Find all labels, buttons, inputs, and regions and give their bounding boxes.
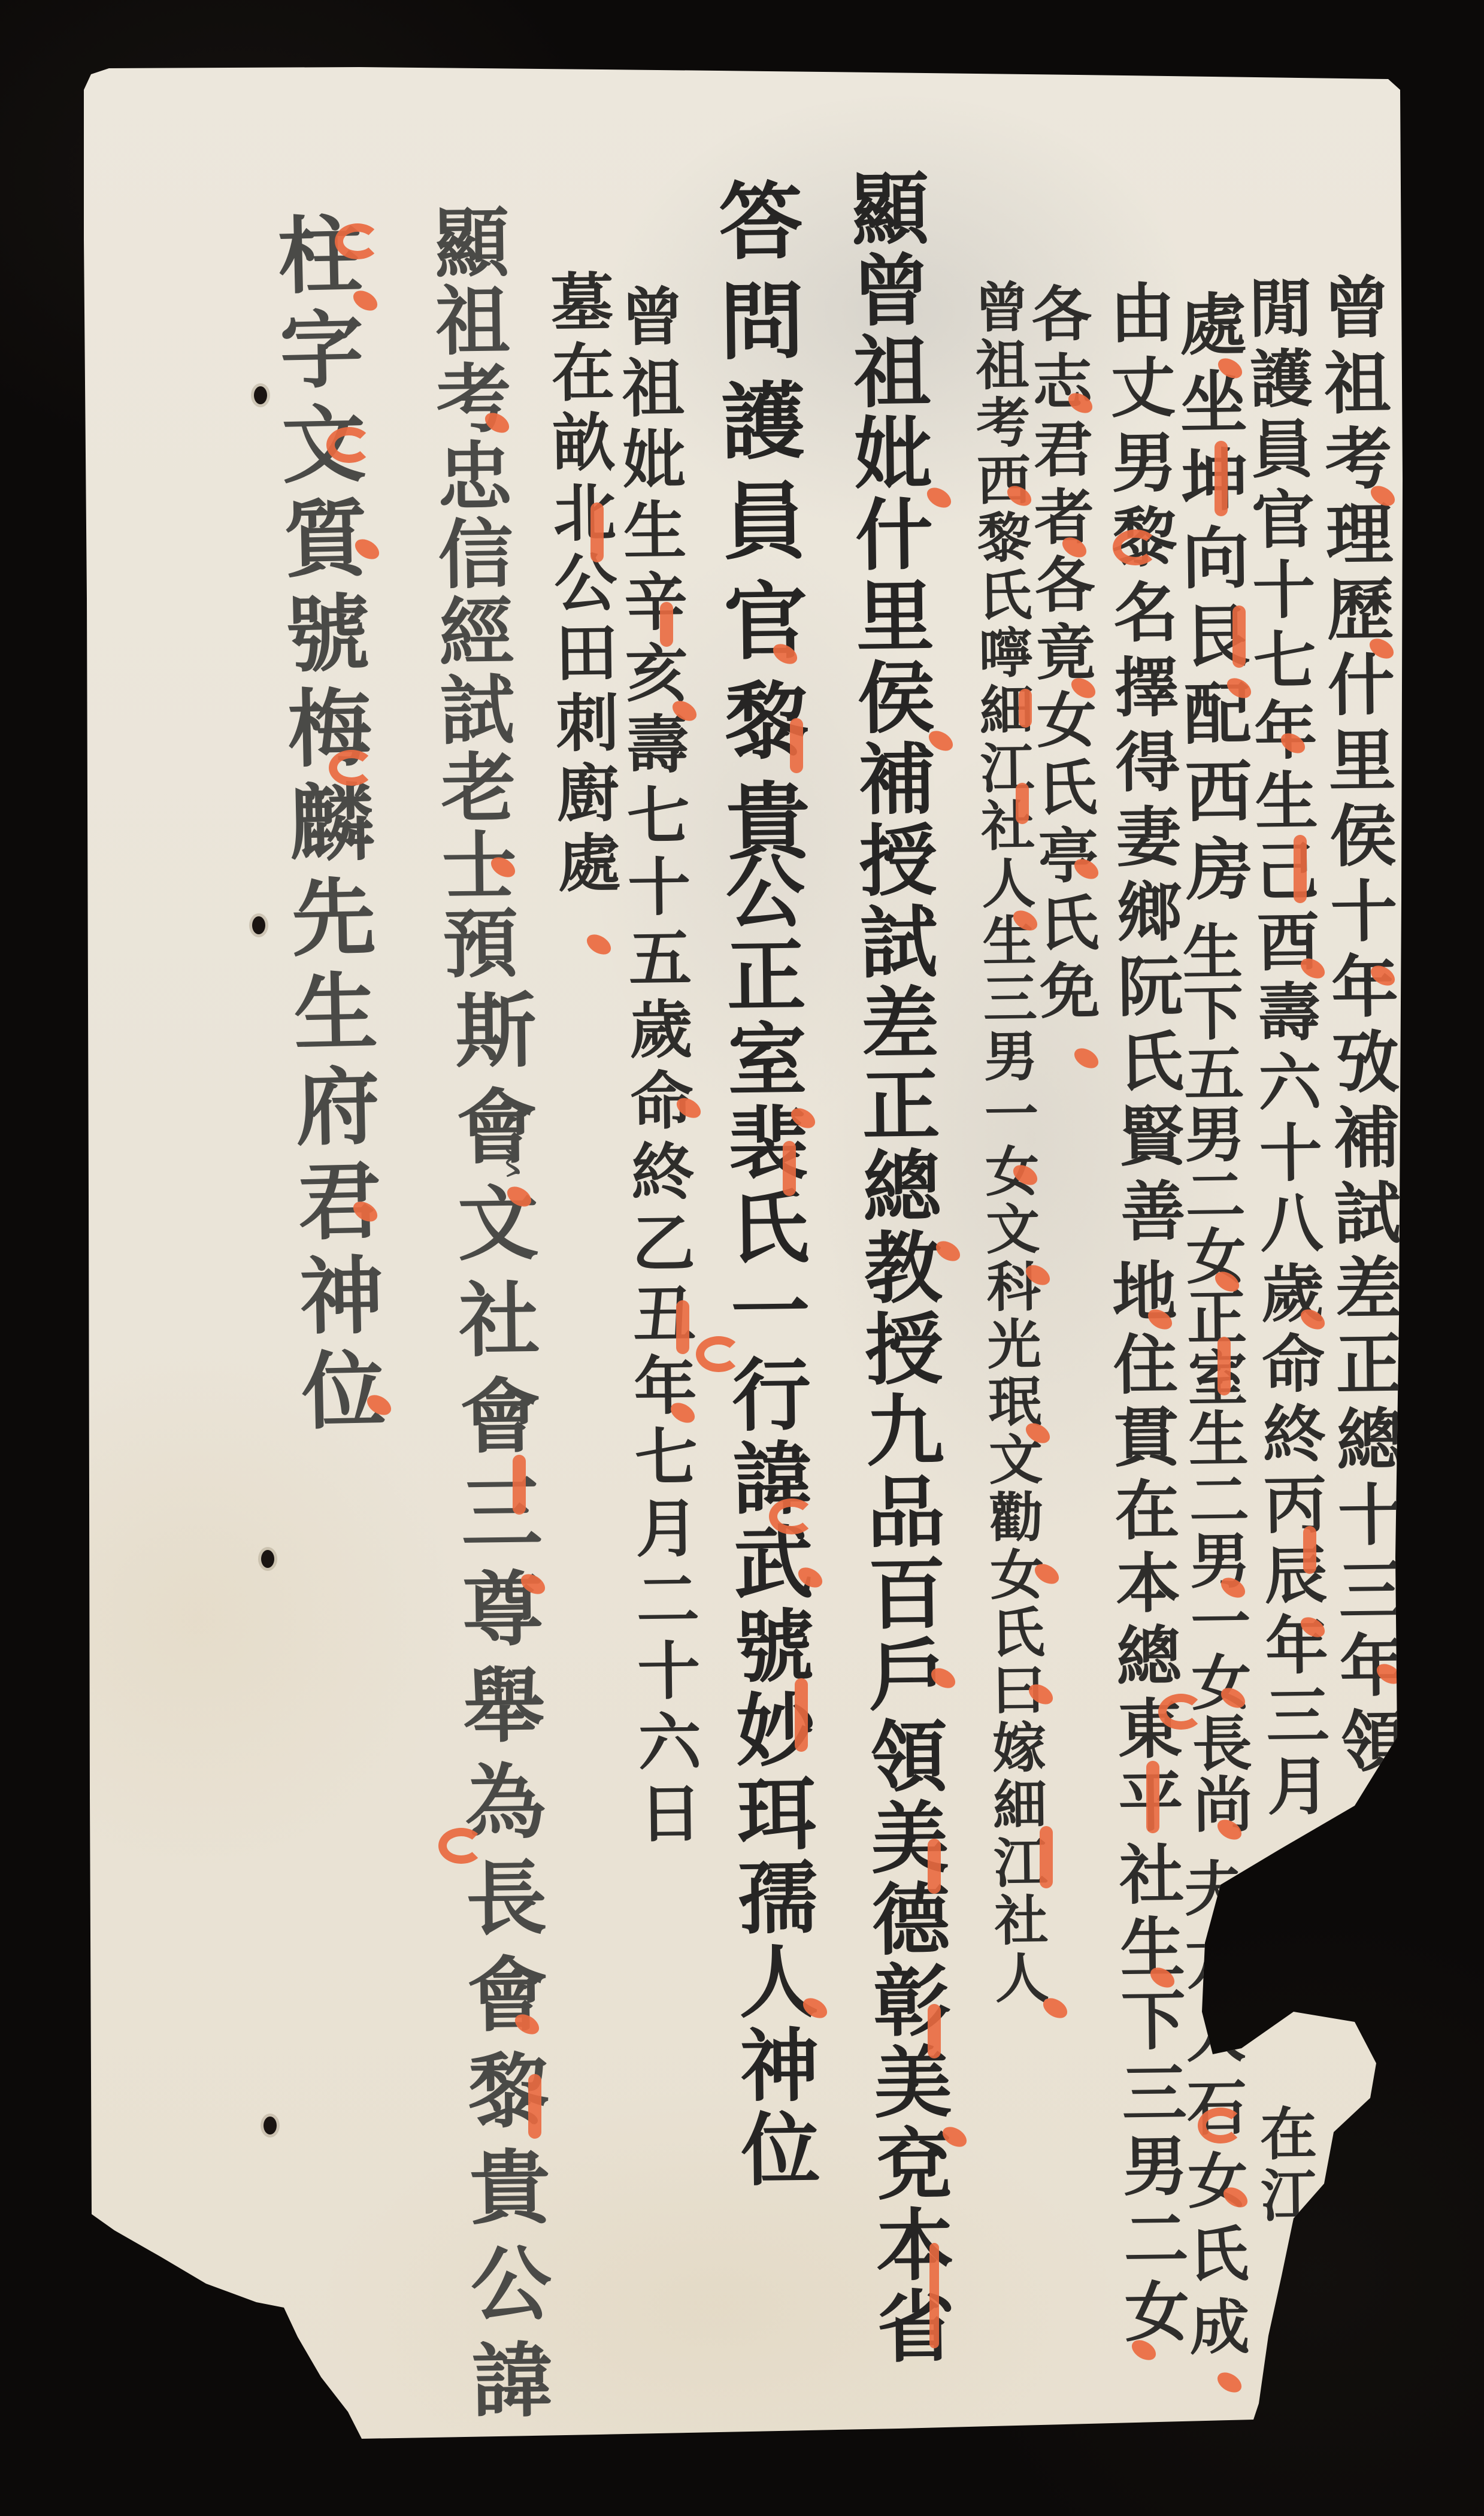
column-segment: 斯會文社會三尊舉為長會黎貴公諱	[448, 988, 546, 2435]
red-emphasis-bar	[795, 1678, 808, 1752]
column-segment: 曾祖妣生辛亥壽七十五歲命終乙丑年七月二十六日	[615, 283, 697, 1852]
red-emphasis-bar	[1016, 783, 1029, 824]
red-emphasis-bar	[928, 2004, 941, 2058]
red-emphasis-bar	[1294, 835, 1307, 903]
column-segment: 閒護員官十七年生己酉壽六十八歲命終丙辰年三月	[1243, 275, 1325, 1824]
column-segment: 由丈男黎名擇得妻鄉阮氏賢善	[1103, 278, 1180, 1252]
column-segment: 墓在畝北公田刺廚處	[545, 269, 616, 900]
column-segment: 柱字文質號梅麟先生府君神位	[269, 211, 379, 1442]
red-emphasis-bar	[1040, 1826, 1053, 1888]
red-circle-mark	[696, 1336, 741, 1372]
red-emphasis-bar	[1146, 1761, 1159, 1833]
red-emphasis-bar	[590, 502, 604, 562]
red-emphasis-bar	[528, 2074, 541, 2139]
paper-hole	[264, 2117, 277, 2134]
red-circle-mark	[438, 1828, 484, 1864]
red-emphasis-bar	[1019, 689, 1032, 728]
red-circle-mark	[1113, 529, 1158, 565]
red-emphasis-bar	[660, 602, 673, 647]
red-circle-mark	[335, 223, 380, 259]
iteration-mark: 〻	[492, 1145, 526, 1179]
paper-hole	[254, 386, 267, 404]
red-emphasis-bar	[928, 1839, 941, 1894]
red-circle-mark	[769, 1498, 814, 1534]
column-segment: 處坐坤向艮配西房	[1173, 289, 1248, 912]
manuscript-page: 曾祖考理歷什里侯十年攷補試差正總十三年領 閒護員官十七年生己酉壽六十八歲命終丙辰…	[0, 0, 1484, 2516]
red-emphasis-bar	[676, 1300, 689, 1354]
red-circle-mark	[1158, 1694, 1204, 1730]
red-circle-mark	[1198, 2108, 1243, 2143]
red-emphasis-bar	[1215, 441, 1228, 516]
column-segment: 各志君者各竟女氏亭氏免	[1026, 282, 1095, 1027]
red-punctuation-mark	[1071, 1044, 1102, 1072]
red-punctuation-mark	[1214, 2368, 1245, 2396]
red-circle-mark	[329, 750, 374, 786]
red-emphasis-bar	[1218, 1337, 1231, 1395]
red-emphasis-bar	[513, 1455, 526, 1515]
column-segment: 地住貫在本總東平社生下三男二女	[1106, 1257, 1183, 2351]
red-emphasis-bar	[783, 1141, 796, 1196]
column-segment: 答問護員官黎貴	[711, 177, 803, 878]
red-punctuation-mark	[583, 930, 614, 958]
red-circle-mark	[326, 427, 372, 463]
paper-hole	[252, 916, 265, 934]
red-emphasis-bar	[929, 2243, 939, 2348]
red-emphasis-bar	[790, 718, 803, 773]
paper-hole	[261, 1550, 274, 1568]
red-emphasis-bar	[1303, 1526, 1316, 1574]
red-emphasis-bar	[1232, 605, 1246, 668]
